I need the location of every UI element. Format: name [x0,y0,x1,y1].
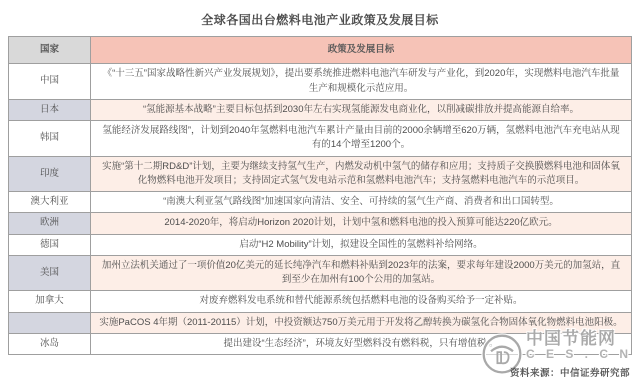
policy-table: 国家 政策及发展目标 中国 《“十三五”国家战略性新兴产业发展规划》，提出要系统… [8,36,632,355]
policy-text: 氢能经济发展路线图”，计划到2040年氢燃料电池汽车累计产量由目前的2000余辆… [91,121,632,157]
policy-text: 启动“H2 Mobility”计划，拟建设全国性的氢燃料补给网络。 [91,234,632,255]
country-label: 澳大利亚 [9,192,91,213]
country-label: 韩国 [9,121,91,157]
table-row-iceland: 冰岛 提出建设“生态经济”，环境友好型燃料没有燃料税，只有增值税 。 [9,333,632,354]
policy-text: 加州立法机关通过了一项价值20亿美元的延长纯净汽车和燃料补贴到2023年的法案，… [91,255,632,291]
header-country: 国家 [9,37,91,64]
country-label: 美国 [9,255,91,291]
policy-text: “南澳大利亚氢气路线图”加速国家向清洁、安全、可持续的氢气生产商、消费者和出口国… [91,192,632,213]
table-row-korea: 韩国 氢能经济发展路线图”，计划到2040年氢燃料电池汽车累计产量由目前的200… [9,121,632,157]
header-policy: 政策及发展目标 [91,37,632,64]
table-row-canada: 加拿大 对废弃燃料发电系统和替代能源系统包括燃料电池的设备购买给予一定补贴。 [9,291,632,312]
table-row-china: 中国 《“十三五”国家战略性新兴产业发展规划》，提出要系统推进燃料电池汽车研发与… [9,64,632,100]
country-label: 日本 [9,99,91,120]
policy-text: 对废弃燃料发电系统和替代能源系统包括燃料电池的设备购买给予一定补贴。 [91,291,632,312]
country-label: 印度 [9,156,91,192]
policy-text: 《“十三五”国家战略性新兴产业发展规划》，提出要系统推进燃料电池汽车研发与产业化… [91,64,632,100]
table-row-usa: 美国 加州立法机关通过了一项价值20亿美元的延长纯净汽车和燃料补贴到2023年的… [9,255,632,291]
policy-text: 实施PaCOS 4年期（2011-20115）计划，中投资额达750万美元用于开… [91,312,632,333]
policy-text: “氢能源基本战略”主要目标包括到2030年左右实现氢能源发电商业化，以削减碳排放… [91,99,632,120]
table-row-india: 印度 实施“第十二期RD&D”计划，主要为继续支持氢气生产，内燃发动机中氢气的储… [9,156,632,192]
table-row-europe: 欧洲 2014-2020年，将启动Horizon 2020计划，计划中氢和燃料电… [9,213,632,234]
policy-text: 实施“第十二期RD&D”计划，主要为继续支持氢气生产，内燃发动机中氢气的储存和应… [91,156,632,192]
policy-text: 提出建设“生态经济”，环境友好型燃料没有燃料税，只有增值税 。 [91,333,632,354]
table-row-unlabeled: 实施PaCOS 4年期（2011-20115）计划，中投资额达750万美元用于开… [9,312,632,333]
table-header-row: 国家 政策及发展目标 [9,37,632,64]
table-row-japan: 日本 “氢能源基本战略”主要目标包括到2030年左右实现氢能源发电商业化，以削减… [9,99,632,120]
table-row-germany: 德国 启动“H2 Mobility”计划，拟建设全国性的氢燃料补给网络。 [9,234,632,255]
page-title: 全球各国出台燃料电池产业政策及发展目标 [0,11,640,28]
country-label: 加拿大 [9,291,91,312]
country-label: 冰岛 [9,333,91,354]
country-label: 德国 [9,234,91,255]
source-note: 资料来源：中信证券研究部 [510,365,630,379]
country-label: 欧洲 [9,213,91,234]
policy-text: 2014-2020年，将启动Horizon 2020计划，计划中氢和燃料电池的投… [91,213,632,234]
country-label [9,312,91,333]
table-row-australia: 澳大利亚 “南澳大利亚氢气路线图”加速国家向清洁、安全、可持续的氢气生产商、消费… [9,192,632,213]
country-label: 中国 [9,64,91,100]
